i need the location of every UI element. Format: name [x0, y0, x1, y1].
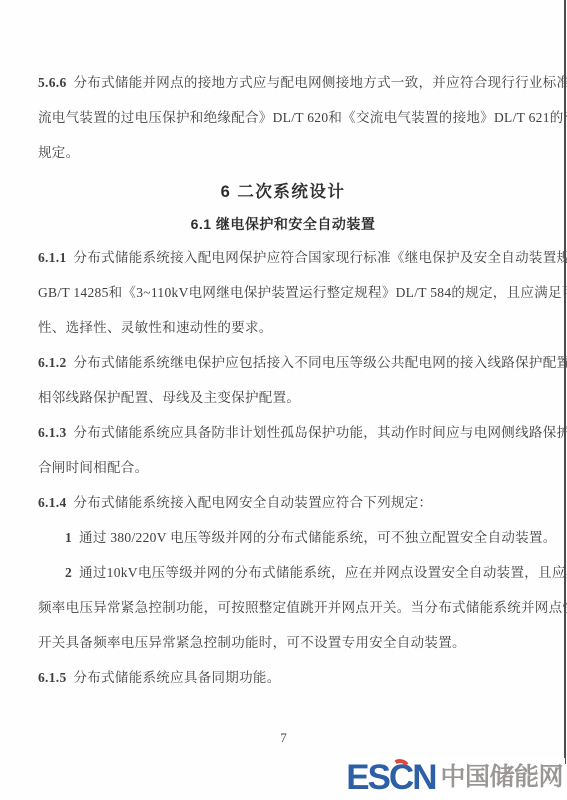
page-number: 7	[0, 730, 567, 746]
clause-line: 流电气装置的过电压保护和绝缘配合》DL/T 620和《交流电气装置的接地》DL/…	[38, 100, 528, 135]
item-number: 1	[65, 530, 79, 545]
escn-logo: ESCN 中国储能网	[340, 758, 565, 799]
clause-6-1-5: 6.1.5分布式储能系统应具备同期功能。	[38, 660, 528, 695]
clause-number: 5.6.6	[38, 75, 74, 90]
clause-number: 6.1.4	[38, 495, 74, 510]
document-page: 5.6.6分布式储能并网点的接地方式应与配电网侧接地方式一致，并应符合现行行业标…	[0, 0, 567, 800]
escn-logo-en-suffix: N	[412, 760, 435, 795]
clause-number: 6.1.3	[38, 425, 74, 440]
clause-text: 分布式储能系统接入配电网安全自动装置应符合下列规定：	[74, 495, 433, 510]
clause-line: 6.1.4分布式储能系统接入配电网安全自动装置应符合下列规定：	[38, 485, 528, 520]
clause-line: GB/T 14285和《3~110kV电网继电保护装置运行整定规程》DL/T 5…	[38, 275, 528, 310]
clause-line: 6.1.1分布式储能系统接入配电网保护应符合国家现行标准《继电保护及安全自动装置…	[38, 240, 528, 275]
clause-number: 6.1.1	[38, 250, 74, 265]
clause-line: 相邻线路保护配置、母线及主变保护配置。	[38, 380, 528, 415]
item-line: 1通过 380/220V 电压等级并网的分布式储能系统，可不独立配置安全自动装置…	[38, 520, 528, 555]
clause-text: 分布式储能系统应具备防非计划性孤岛保护功能，其动作时间应与电网侧线路保护重	[74, 425, 567, 440]
scan-edge-line	[564, 0, 566, 764]
clause-text: 分布式储能并网点的接地方式应与配电网侧接地方式一致，并应符合现行行业标准《交	[74, 75, 567, 90]
clause-6-1-3: 6.1.3分布式储能系统应具备防非计划性孤岛保护功能，其动作时间应与电网侧线路保…	[38, 415, 528, 485]
clause-line: 6.1.2分布式储能系统继电保护应包括接入不同电压等级公共配电网的接入线路保护配…	[38, 345, 528, 380]
clause-number: 6.1.2	[38, 355, 74, 370]
escn-logo-en: ESCN	[346, 760, 435, 795]
escn-logo-c: C	[389, 760, 412, 795]
item-number: 2	[65, 565, 79, 580]
clause-5-6-6: 5.6.6分布式储能并网点的接地方式应与配电网侧接地方式一致，并应符合现行行业标…	[38, 65, 528, 170]
clause-line: 合闸时间相配合。	[38, 450, 528, 485]
list-item-1: 1通过 380/220V 电压等级并网的分布式储能系统，可不独立配置安全自动装置…	[38, 520, 528, 555]
item-text: 通过 380/220V 电压等级并网的分布式储能系统，可不独立配置安全自动装置。	[79, 530, 557, 545]
clause-line: 规定。	[38, 135, 528, 170]
clause-text: 分布式储能系统应具备同期功能。	[74, 670, 281, 685]
item-line: 频率电压异常紧急控制功能，可按照整定值跳开并网点开关。当分布式储能系统并网点快速	[38, 590, 528, 625]
clause-line: 5.6.6分布式储能并网点的接地方式应与配电网侧接地方式一致，并应符合现行行业标…	[38, 65, 528, 100]
clause-line: 6.1.5分布式储能系统应具备同期功能。	[38, 660, 528, 695]
item-line: 2通过10kV电压等级并网的分布式储能系统，应在并网点设置安全自动装置，且应具备	[38, 555, 528, 590]
scanned-document-screenshot: { "doc": { "clause_566": { "num": "5.6.6…	[0, 0, 567, 800]
clause-line: 6.1.3分布式储能系统应具备防非计划性孤岛保护功能，其动作时间应与电网侧线路保…	[38, 415, 528, 450]
escn-logo-zh: 中国储能网	[440, 765, 563, 790]
item-line: 开关具备频率电压异常紧急控制功能时，可不设置专用安全自动装置。	[38, 625, 528, 660]
item-text: 通过10kV电压等级并网的分布式储能系统，应在并网点设置安全自动装置，且应具备	[79, 565, 567, 580]
section-heading: 6.1 继电保护和安全自动装置	[38, 208, 528, 240]
clause-number: 6.1.5	[38, 670, 74, 685]
clause-6-1-2: 6.1.2分布式储能系统继电保护应包括接入不同电压等级公共配电网的接入线路保护配…	[38, 345, 528, 415]
clause-line: 性、选择性、灵敏性和速动性的要求。	[38, 310, 528, 345]
document-body: 5.6.6分布式储能并网点的接地方式应与配电网侧接地方式一致，并应符合现行行业标…	[38, 65, 528, 695]
clause-text: 分布式储能系统接入配电网保护应符合国家现行标准《继电保护及安全自动装置规程》	[74, 250, 567, 265]
clause-6-1-4: 6.1.4分布式储能系统接入配电网安全自动装置应符合下列规定：	[38, 485, 528, 520]
clause-6-1-1: 6.1.1分布式储能系统接入配电网保护应符合国家现行标准《继电保护及安全自动装置…	[38, 240, 528, 345]
clause-text: 分布式储能系统继电保护应包括接入不同电压等级公共配电网的接入线路保护配置、	[74, 355, 567, 370]
escn-logo-en-prefix: ES	[346, 760, 389, 795]
list-item-2: 2通过10kV电压等级并网的分布式储能系统，应在并网点设置安全自动装置，且应具备…	[38, 555, 528, 660]
chapter-heading: 6 二次系统设计	[38, 176, 528, 208]
